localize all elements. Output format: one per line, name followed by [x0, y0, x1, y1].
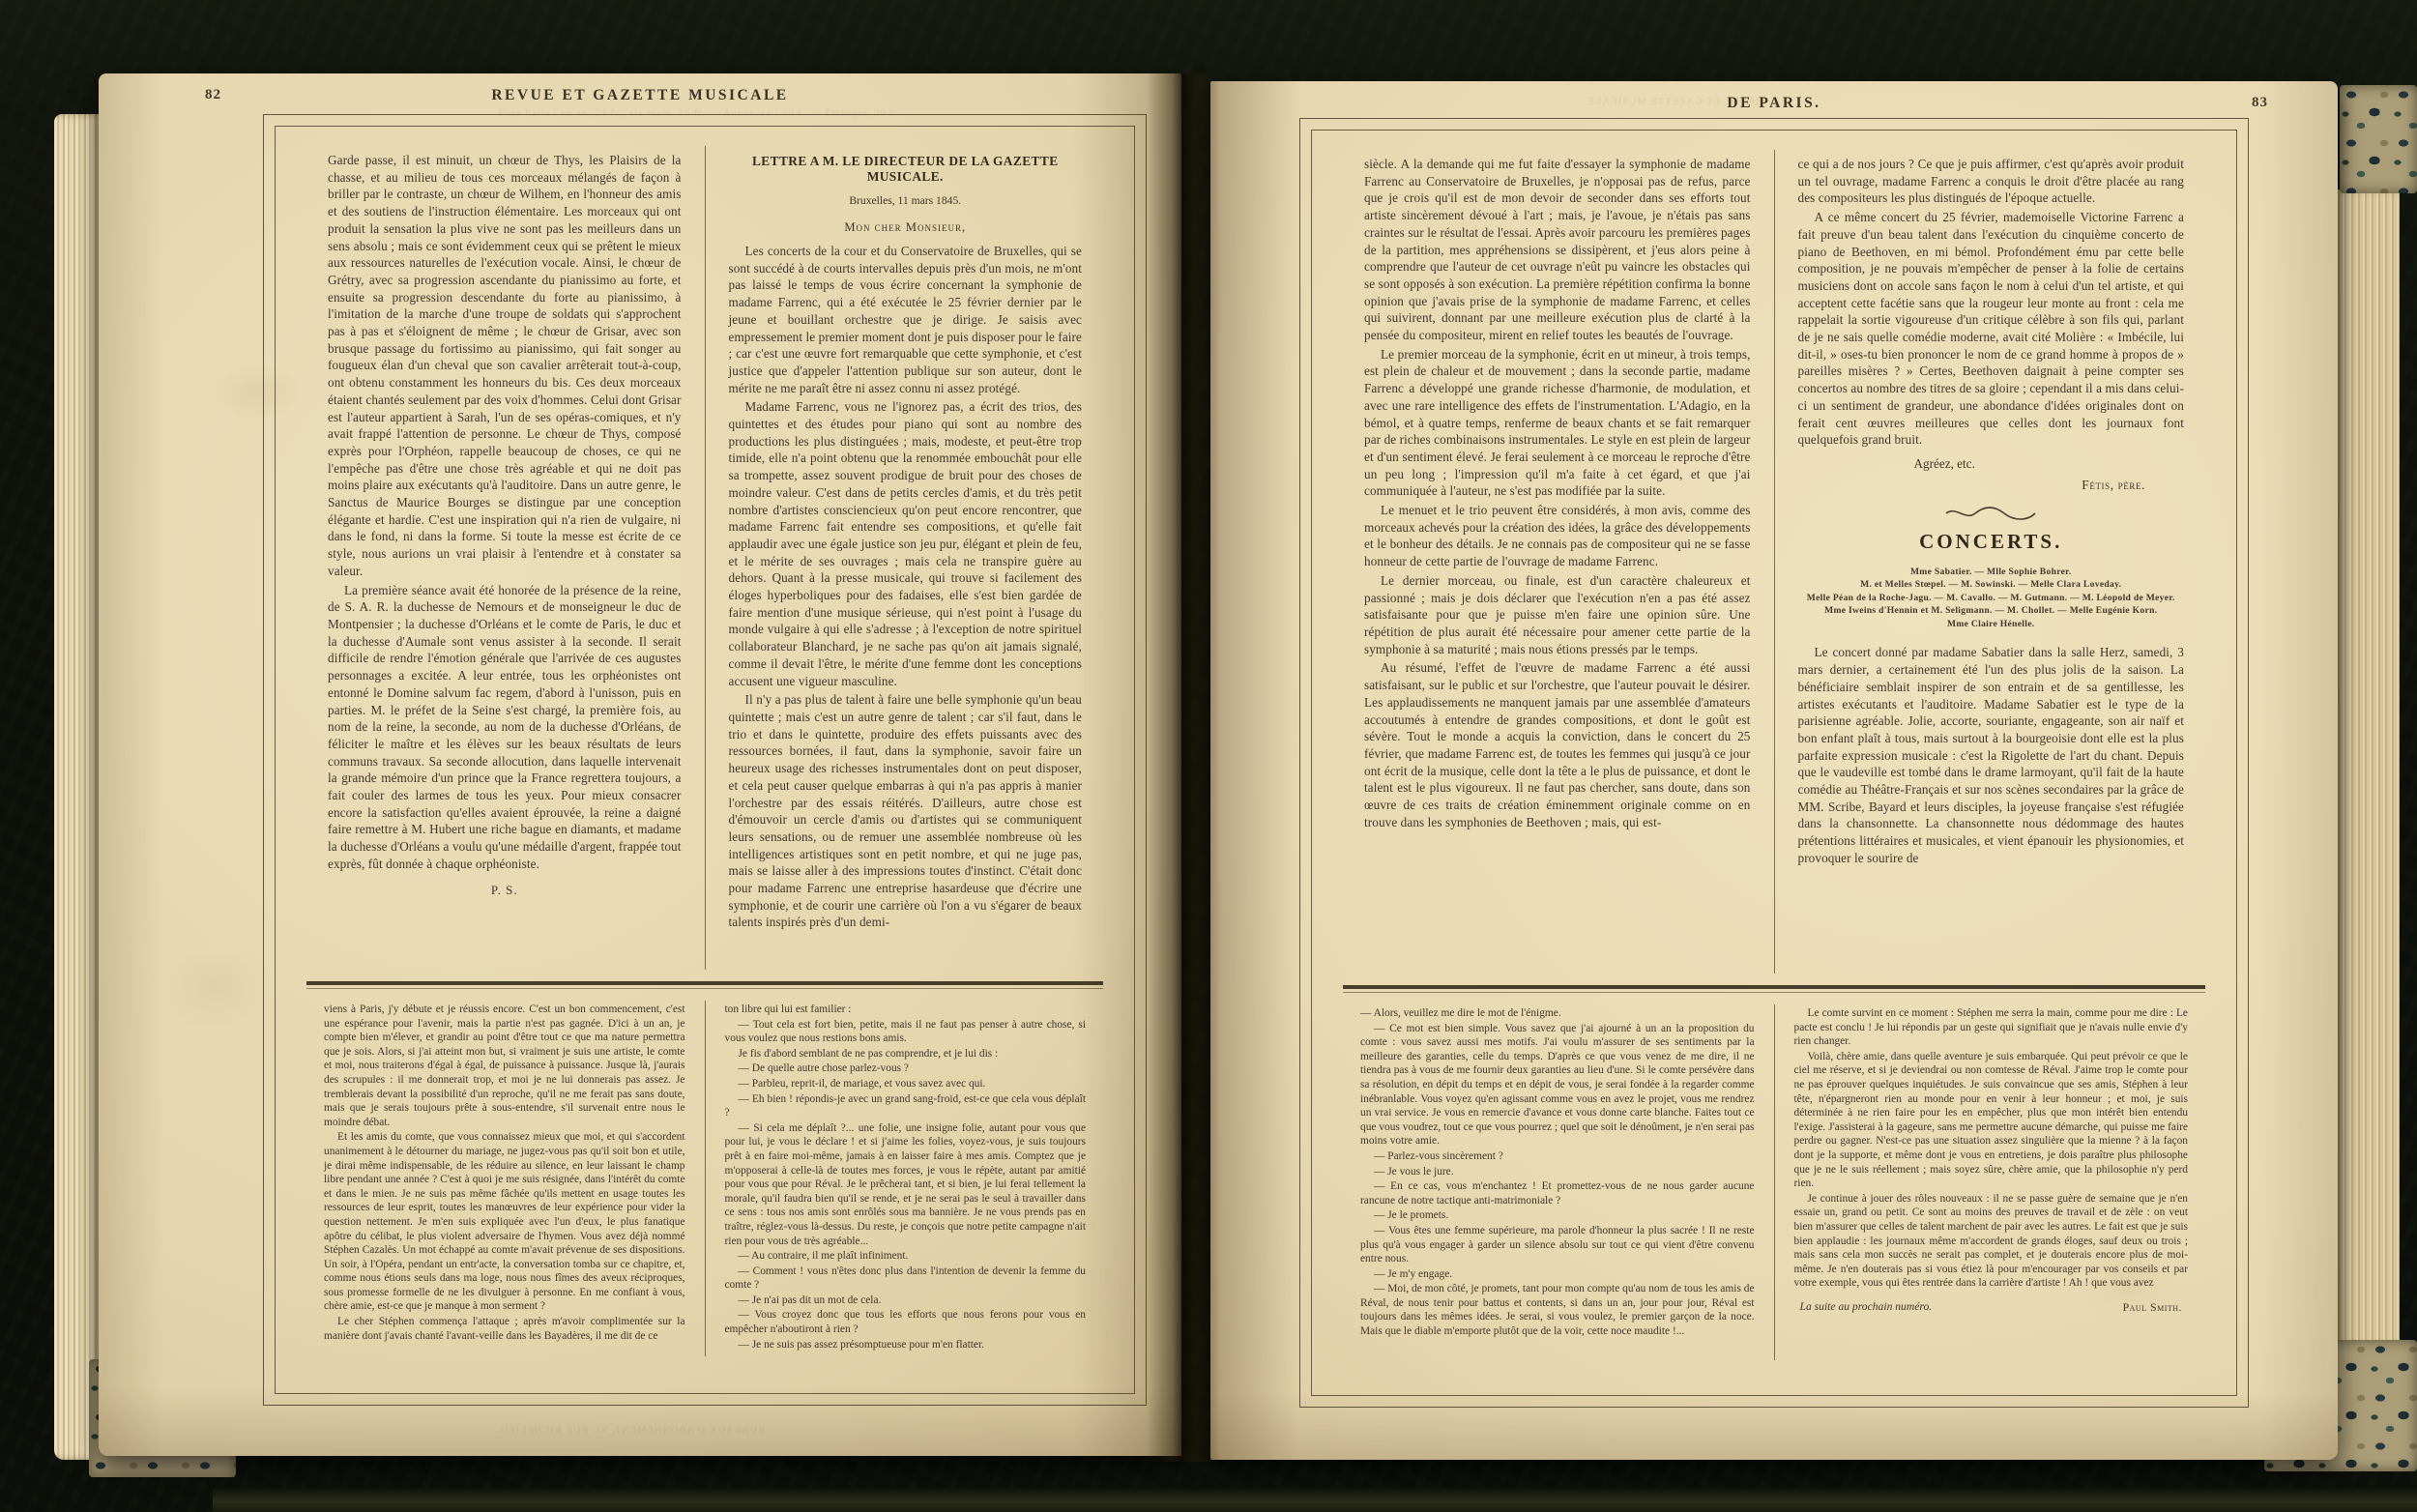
page-stack-left-edge	[54, 114, 102, 1460]
paragraph: Le menuet et le trio peuvent être consid…	[1364, 502, 1751, 570]
paragraph: Le comte survint en ce moment : Stéphen …	[1794, 1006, 2189, 1049]
feuilleton-separator-rule	[306, 981, 1103, 985]
paragraph: — Moi, de mon côté, je promets, tant pou…	[1360, 1282, 1755, 1338]
feuilleton-column-1: viens à Paris, j'y débute et je réussis …	[305, 1001, 705, 1356]
paragraph: A ce même concert du 25 février, mademoi…	[1798, 209, 2185, 449]
paragraph: — Au contraire, il me plaît infiniment.	[725, 1249, 1087, 1264]
journal-title: REVUE ET GAZETTE MUSICALE	[99, 87, 1181, 104]
letter-dateline: Bruxelles, 11 mars 1845.	[729, 194, 1083, 207]
paragraph: — Alors, veuillez me dire le mot de l'én…	[1360, 1006, 1755, 1021]
right-page-frame: siècle. A la demande qui me fut faite d'…	[1299, 118, 2249, 1408]
concerts-program-list: Mme Sabatier. — Mlle Sophie Bohrer.M. et…	[1798, 566, 2185, 631]
letter-text-continued: siècle. A la demande qui me fut faite d'…	[1364, 156, 1751, 830]
paragraph: Au résumé, l'effet de l'œuvre de madame …	[1364, 659, 1751, 830]
right-page-top-section: siècle. A la demande qui me fut faite d'…	[1341, 150, 2207, 974]
paragraph: — Je ne suis pas assez présomptueuse pou…	[725, 1338, 1087, 1352]
paragraph: — En ce cas, vous m'enchantez ! Et prome…	[1360, 1179, 1755, 1207]
right-page-column-1: siècle. A la demande qui me fut faite d'…	[1341, 150, 1774, 974]
feuilleton-column-2: ton libre qui lui est familier :— Tout c…	[705, 1001, 1106, 1356]
paragraph: — Je le promets.	[1360, 1208, 1755, 1223]
paragraph: Melle Péan de la Roche-Jagu. — M. Cavall…	[1798, 592, 2185, 605]
left-page-content: Garde passe, il est minuit, un chœur de …	[305, 146, 1105, 1380]
feuilleton-column-3: — Alors, veuillez me dire le mot de l'én…	[1341, 1004, 1774, 1360]
paragraph: — Je vous le jure.	[1360, 1165, 1755, 1179]
paragraph: — Vous êtes une femme supérieure, ma par…	[1360, 1224, 1755, 1266]
feuilleton-text: Le comte survint en ce moment : Stéphen …	[1794, 1006, 2189, 1291]
right-page-column-2: ce qui a de nos jours ? Ce que je puis a…	[1774, 150, 2208, 974]
paragraph: Il n'y a pas plus de talent à faire une …	[729, 691, 1083, 931]
paragraph: Le concert donné par madame Sabatier dan…	[1798, 644, 2185, 866]
to-be-continued-note: La suite au prochain numéro.	[1800, 1300, 1933, 1315]
left-page: 82 REVUE ET GAZETTE MUSICALE Pour Paris …	[99, 73, 1181, 1456]
paragraph: Les concerts de la cour et du Conservato…	[729, 243, 1083, 396]
ghost-bleed-text: BUREAUX D'ABONNEMENT, 97, RUE RICHELIEU.	[389, 1425, 872, 1436]
letter-closing: Agréez, etc.	[1914, 456, 2185, 472]
paragraph: Voilà, chère amie, dans quelle aventure …	[1794, 1050, 2189, 1191]
book-cover-bottom-edge	[213, 1487, 2417, 1512]
paragraph: Mme Sabatier. — Mlle Sophie Bohrer.	[1798, 566, 2185, 579]
feuilleton-column-4: Le comte survint en ce moment : Stéphen …	[1774, 1004, 2208, 1360]
paragraph: — Comment ! vous n'êtes donc plus dans l…	[725, 1265, 1087, 1293]
left-page-column-2: LETTRE A M. LE DIRECTEUR DE LA GAZETTE M…	[705, 146, 1106, 970]
paragraph: La première séance avait été honorée de …	[328, 582, 682, 873]
letter-text-end: ce qui a de nos jours ? Ce que je puis a…	[1798, 156, 2185, 449]
paragraph: Mme Iweins d'Hennin et M. Seligmann. — M…	[1798, 604, 2185, 618]
letter-salutation: Mon cher Monsieur,	[729, 220, 1083, 235]
paragraph: — Eh bien ! répondis-je avec un grand sa…	[725, 1092, 1087, 1120]
paragraph: — Je m'y engage.	[1360, 1267, 1755, 1282]
right-page-frame-inner: siècle. A la demande qui me fut faite d'…	[1311, 130, 2237, 1396]
paragraph: Je continue à jouer des rôles nouveaux :…	[1794, 1192, 2189, 1291]
paragraph: siècle. A la demande qui me fut faite d'…	[1364, 156, 1751, 344]
paragraph: M. et Melles Stœpel. — M. Sowinski. — Me…	[1798, 578, 2185, 592]
left-page-column-1: Garde passe, il est minuit, un chœur de …	[305, 146, 705, 970]
marbled-edge-top-right	[2340, 85, 2417, 193]
letter-text: Les concerts de la cour et du Conservato…	[729, 243, 1083, 931]
paragraph: Mme Claire Hénelle.	[1798, 618, 2185, 631]
left-page-header: 82 REVUE ET GAZETTE MUSICALE Pour Paris …	[99, 85, 1181, 112]
paragraph: ton libre qui lui est familier :	[725, 1003, 1087, 1017]
paragraph: viens à Paris, j'y débute et je réussis …	[324, 1003, 685, 1129]
right-page: DE PARIS. 83 REVUE ET GAZETTE MUSICALE s…	[1210, 81, 2338, 1460]
orpheon-article-text: Garde passe, il est minuit, un chœur de …	[328, 152, 682, 873]
right-page-header: DE PARIS. 83 REVUE ET GAZETTE MUSICALE	[1210, 93, 2338, 120]
left-page-frame-inner: Garde passe, il est minuit, un chœur de …	[275, 126, 1135, 1394]
paragraph: ce qui a de nos jours ? Ce que je puis a…	[1798, 156, 2185, 207]
letter-signature: Fétis, père.	[1798, 478, 2185, 493]
paragraph: — De quelle autre chose parlez-vous ?	[725, 1061, 1087, 1076]
right-page-content: siècle. A la demande qui me fut faite d'…	[1341, 150, 2207, 1381]
paragraph: — Tout cela est fort bien, petite, mais …	[725, 1018, 1087, 1046]
section-divider-ornament	[1944, 507, 2037, 520]
paragraph: Le dernier morceau, ou finale, est d'un …	[1364, 572, 1751, 658]
paragraph: Je fis d'abord semblant de ne pas compre…	[725, 1047, 1087, 1061]
paragraph: — Je n'ai pas dit un mot de cela.	[725, 1294, 1087, 1308]
paragraph: — Parbleu, reprit-il, de mariage, et vou…	[725, 1077, 1087, 1091]
paragraph: Le premier morceau de la symphonie, écri…	[1364, 346, 1751, 500]
paragraph: Madame Farrenc, vous ne l'ignorez pas, a…	[729, 398, 1083, 689]
page-stack-right-edge	[2336, 189, 2400, 1346]
page-number: 83	[2252, 95, 2268, 111]
feuilleton-footer: La suite au prochain numéro. Paul Smith.	[1794, 1300, 2189, 1315]
feuilleton-author-signature: Paul Smith.	[2123, 1300, 2182, 1315]
ghost-bleed-text: REVUE ET GAZETTE MUSICALE	[1481, 97, 1868, 107]
concerts-section-heading: CONCERTS.	[1798, 530, 2185, 554]
article-signature: P. S.	[328, 883, 682, 898]
feuilleton-separator-rule	[1343, 985, 2205, 989]
paragraph: Garde passe, il est minuit, un chœur de …	[328, 152, 682, 580]
left-page-top-section: Garde passe, il est minuit, un chœur de …	[305, 146, 1105, 970]
book-scan: 82 REVUE ET GAZETTE MUSICALE Pour Paris …	[0, 0, 2417, 1512]
paragraph: — Parlez-vous sincèrement ?	[1360, 1149, 1755, 1164]
paragraph: — Si cela me déplaît ?... une folie, une…	[725, 1121, 1087, 1248]
right-page-feuilleton: — Alors, veuillez me dire le mot de l'én…	[1341, 1004, 2207, 1360]
paragraph: — Vous croyez donc que tous les efforts …	[725, 1308, 1087, 1336]
paragraph: Et les amis du comte, que vous connaisse…	[324, 1130, 685, 1314]
letter-heading: LETTRE A M. LE DIRECTEUR DE LA GAZETTE M…	[729, 154, 1083, 185]
paragraph: Le cher Stéphen commença l'attaque ; apr…	[324, 1315, 685, 1343]
left-page-frame: Garde passe, il est minuit, un chœur de …	[263, 114, 1147, 1406]
paragraph: — Ce mot est bien simple. Vous savez que…	[1360, 1022, 1755, 1149]
concerts-review-text: Le concert donné par madame Sabatier dan…	[1798, 644, 2185, 866]
paper-stain	[157, 944, 273, 1031]
left-page-feuilleton: viens à Paris, j'y débute et je réussis …	[305, 1001, 1105, 1356]
